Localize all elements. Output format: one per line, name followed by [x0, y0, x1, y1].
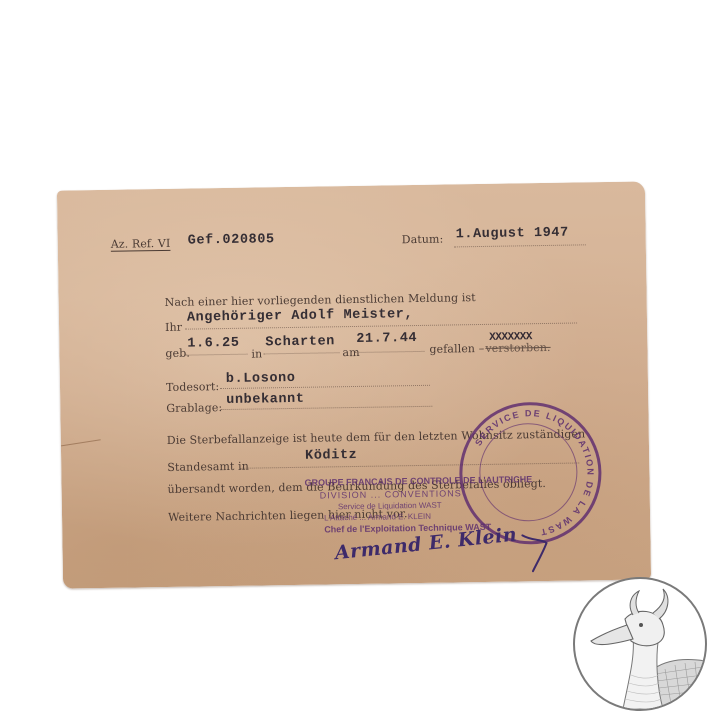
svg-text:SERVICE DE LIQUIDATION DE LA W: SERVICE DE LIQUIDATION DE LA WAST — [473, 407, 597, 538]
born-date: 1.6.25 — [187, 336, 239, 352]
place-of-death-value: b.Losono — [226, 371, 296, 387]
birthplace: Scharten — [265, 334, 335, 350]
reference-label: Az. Ref. VI — [111, 237, 171, 251]
grave-location-label: Grablage: — [166, 401, 222, 415]
card-crease — [61, 439, 101, 446]
in-label: in — [251, 347, 262, 360]
signature-flourish — [502, 533, 563, 574]
strikeout-overtype: XXXXXXX — [489, 331, 532, 344]
duck-icon — [575, 579, 705, 709]
stamp-line-4: L'Attaché ... Armand E. KLEIN — [324, 512, 431, 523]
stamp-line-3: Service de Liquidation WAST — [338, 501, 442, 512]
file-number: Gef.020805 — [188, 232, 275, 248]
intro-line: Nach einer hier vorliegenden dienstliche… — [165, 291, 476, 309]
horned-duck-logo — [573, 577, 707, 711]
death-date: 21.7.44 — [356, 331, 417, 347]
fallen-label: gefallen – — [429, 342, 484, 356]
registry-label: Standesamt in — [167, 460, 249, 474]
born-date-underline — [186, 354, 248, 356]
notification-card: Az. Ref. VI Gef.020805 Datum: 1.August 1… — [57, 181, 651, 588]
born-label: geb. — [165, 347, 190, 360]
date-label: Datum: — [402, 233, 444, 247]
date-underline — [454, 244, 586, 247]
registry-value: Köditz — [305, 448, 357, 464]
death-date-underline — [354, 351, 424, 353]
stamp-line-2: DIVISION ... CONVENTIONS — [320, 488, 462, 500]
relative-prefix: Ihr — [165, 321, 182, 334]
relative-name: Angehöriger Adolf Meister, — [187, 307, 413, 326]
date-value: 1.August 1947 — [456, 226, 569, 243]
place-of-death-label: Todesort: — [166, 380, 219, 394]
grave-location-value: unbekannt — [226, 392, 305, 408]
birthplace-underline — [263, 352, 339, 354]
official-stamp: SERVICE DE LIQUIDATION DE LA WAST GROUPE… — [57, 181, 645, 190]
